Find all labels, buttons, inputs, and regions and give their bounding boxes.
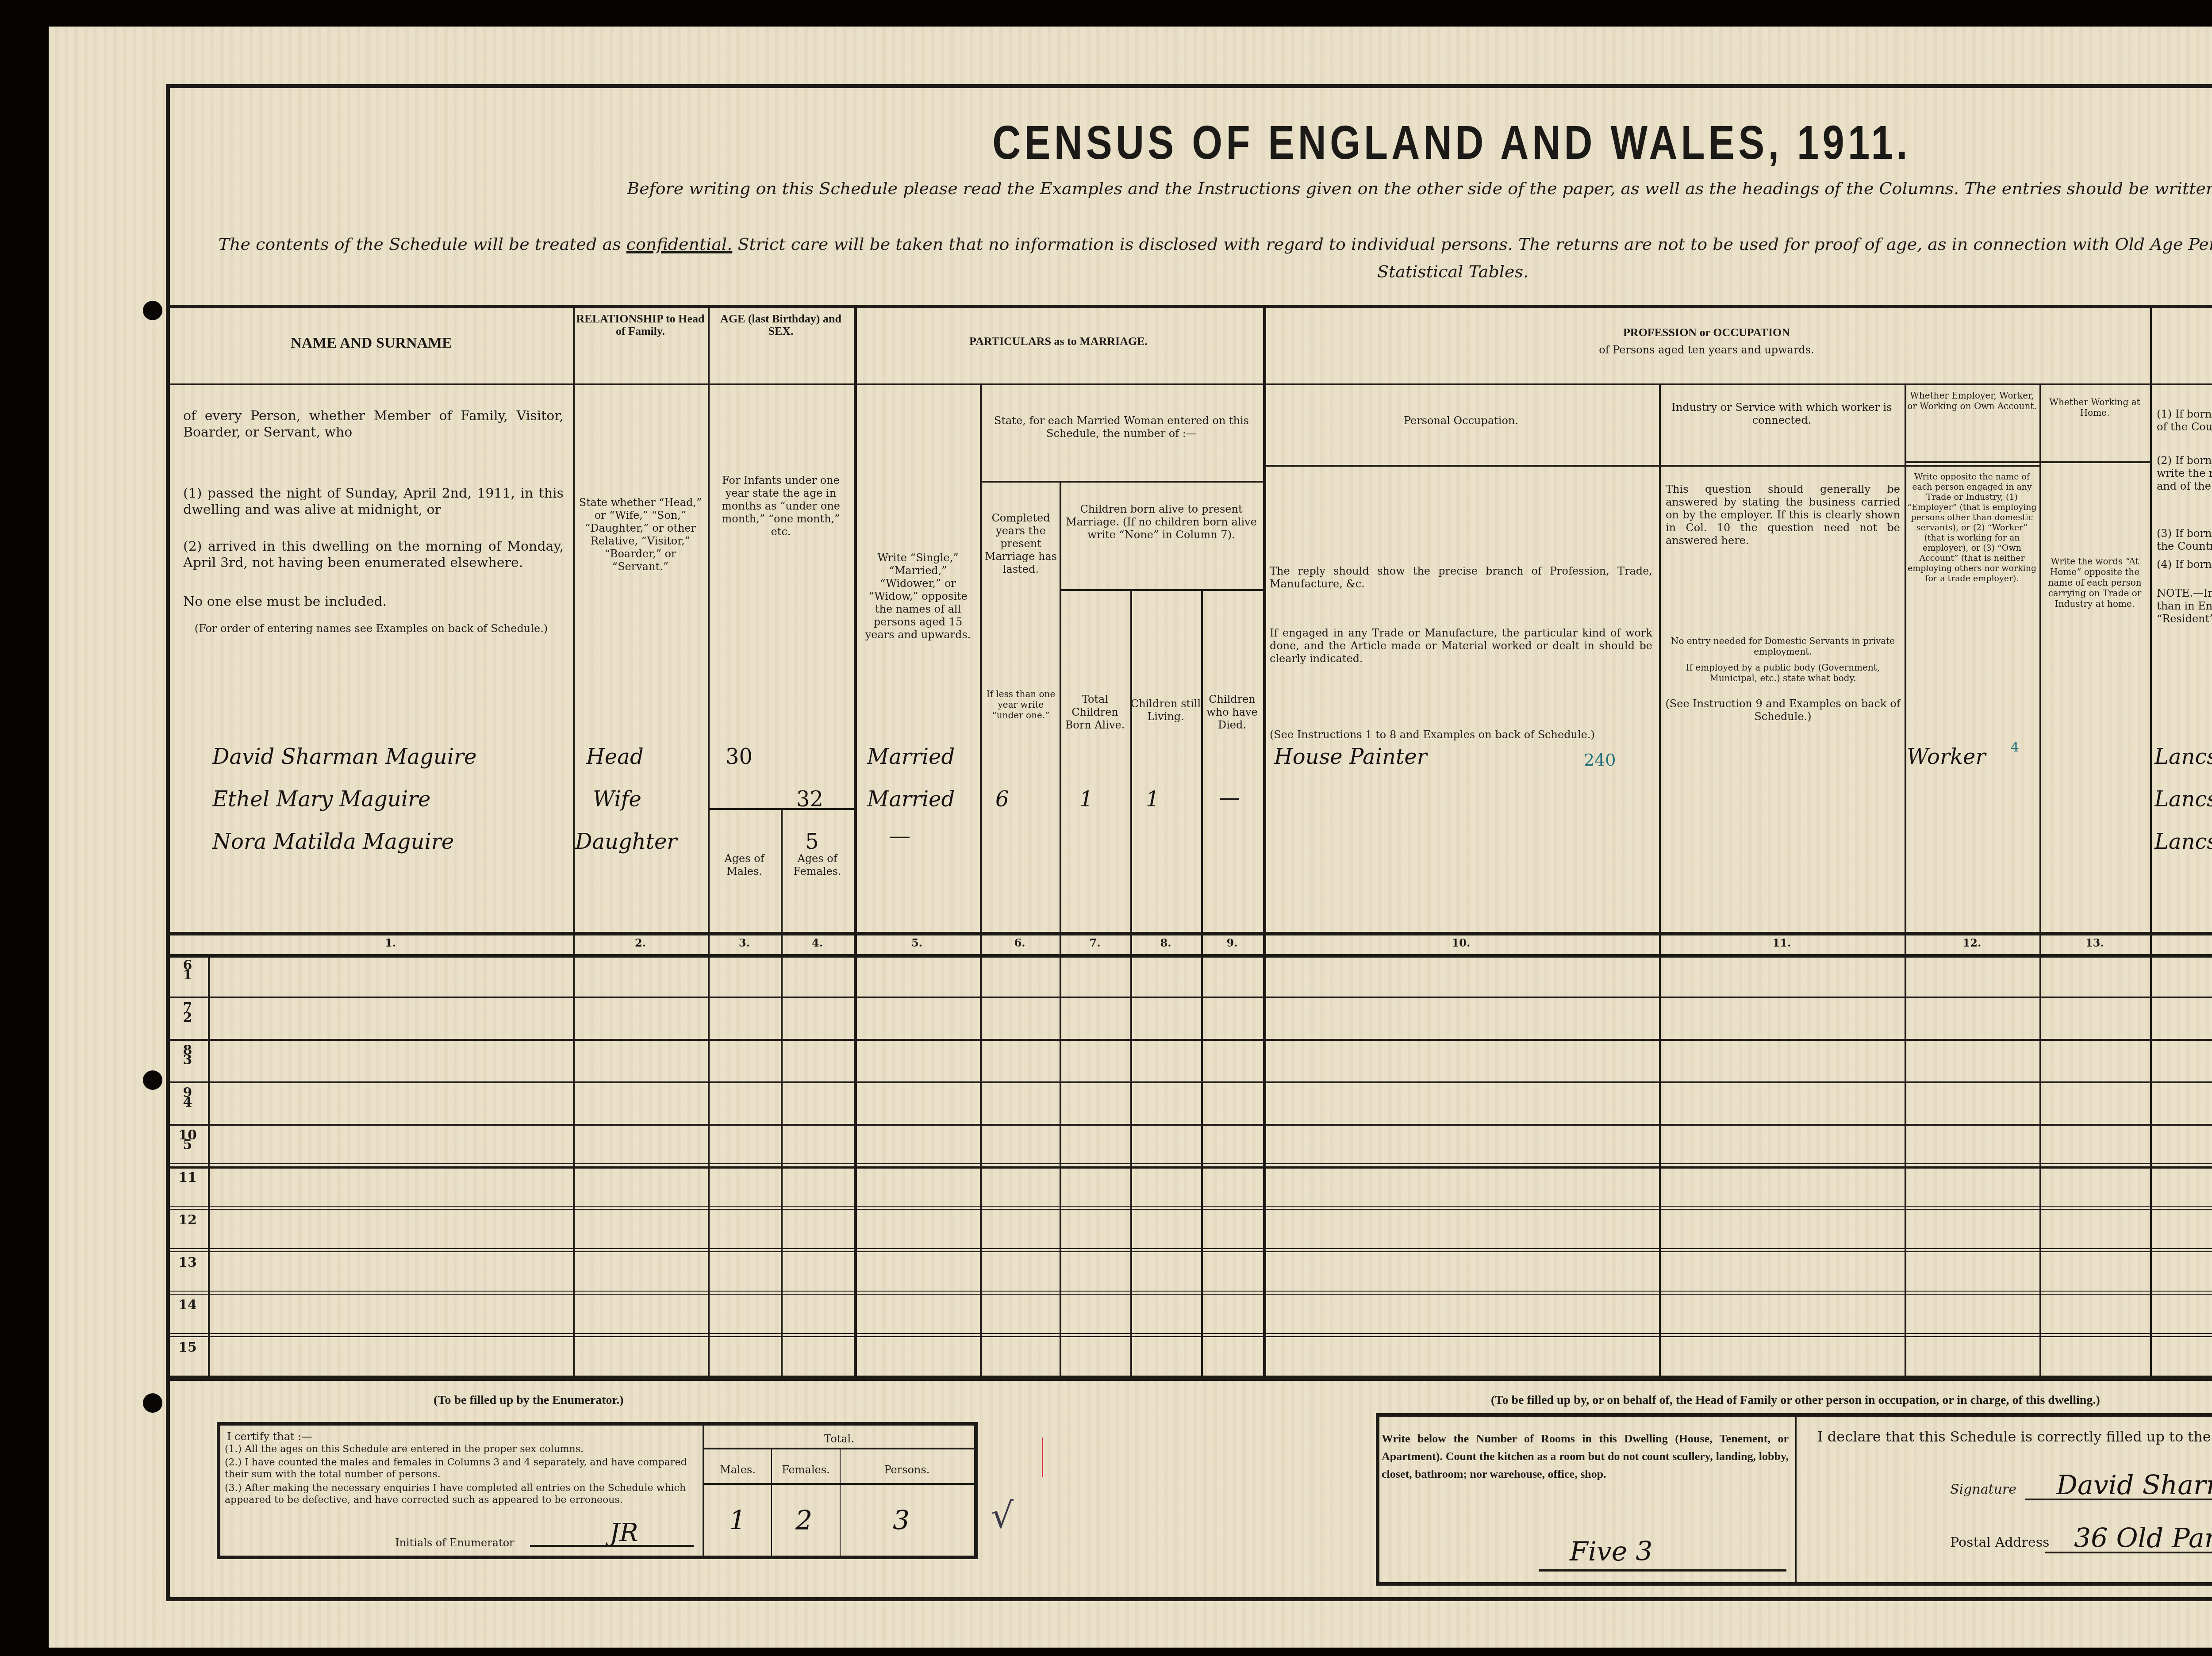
certify-heading: I certify that :— [227,1430,312,1443]
header-birthplace: BIRTHPLACE [2150,324,2212,337]
header-marriage: PARTICULARS as to MARRIAGE. [854,335,1263,348]
column-number: 2. [573,936,708,949]
column-number: 12. [1905,936,2039,949]
header-still-living: Children still Living. [1130,698,1201,723]
row-rule [170,1039,2212,1041]
header-birthplace-desc: (2) If born in any other part of the Bri… [2157,454,2212,493]
row-number: 9 [170,1085,205,1100]
certify-item: (2.) I have counted the males and female… [225,1457,698,1480]
header-employer: Whether Employer, Worker, or Working on … [1905,390,2039,411]
column-number: 13. [2039,936,2150,949]
address-label: Postal Address [1950,1536,2049,1549]
header-ages-males: Ages of Males. [708,852,781,878]
column-number: 10. [1263,936,1659,949]
address-value[interactable]: 36 Old Park Lane [2074,1523,2212,1554]
signature-label: Signature [1950,1483,2016,1496]
header-relationship-desc: State whether “Head,” or “Wife,” “Son,” … [577,496,703,573]
occupation-sub-rule [1263,465,2039,467]
header-occupation-desc: The reply should show the precise branch… [1270,565,1652,590]
column-number: 4. [781,936,854,949]
total-males[interactable]: 1 [729,1505,746,1536]
row-number: 8 [170,1043,205,1058]
header-occupation-desc: (See Instructions 1 to 8 and Examples on… [1270,728,1652,741]
head-of-family-box: Write below the Number of Rooms in this … [1376,1413,2212,1586]
occupation-code: 240 [1584,750,1616,770]
header-personal-occupation: Personal Occupation. [1263,414,1659,427]
total-females[interactable]: 2 [795,1505,812,1536]
header-name-desc: (1) passed the night of Sunday, April 2n… [183,485,564,518]
header-at-home: Whether Working at Home. [2039,397,2150,418]
header-children: Children born alive to present Marriage.… [1064,503,1259,541]
females-label: Females. [772,1463,840,1476]
cell-age-male[interactable]: 30 [726,744,753,769]
header-occupation: PROFESSION or OCCUPATION [1263,326,2150,339]
cell-marital[interactable]: Married [867,787,955,812]
header-relationship: RELATIONSHIP to Head of Family. [573,313,708,337]
row-rule [170,1124,2212,1126]
confidentiality-notice: The contents of the Schedule will be tre… [196,230,2212,285]
row-rule [170,1248,2212,1249]
row-rule [170,1081,2212,1083]
header-birthplace-note: NOTE.—In the case of persons born elsewh… [2157,587,2212,625]
cell-born-alive[interactable]: 1 [1079,787,1093,812]
enumerator-box: I certify that :— (1.) All the ages on t… [217,1422,978,1559]
cell-marital[interactable]: Married [867,744,955,769]
header-employer-desc: Write opposite the name of each person e… [1907,472,2037,584]
occupation-sub-rule-2 [1905,461,2039,463]
header-industry-desc: (See Instruction 9 and Examples on back … [1663,698,1902,723]
row-number: 6 [170,958,205,973]
cell-marital[interactable]: — [889,824,910,848]
header-married-woman: State, for each Married Woman entered on… [984,414,1259,440]
initials-label: Initials of Enumerator [395,1536,515,1549]
row-rule [170,1333,2212,1334]
header-name: NAME AND SURNAME [170,335,573,351]
row-number: 15 [170,1340,205,1355]
column-number: 3. [708,936,781,949]
row-number: 12 [170,1212,205,1228]
header-industry-desc: If employed by a public body (Government… [1663,662,1902,683]
cell-birthplace[interactable]: Lancs, Crosby [2154,787,2212,812]
column-number: 9. [1201,936,1263,949]
cell-birthplace[interactable]: Lancs, Southport [2154,744,2212,769]
persons-label: Persons. [841,1463,973,1476]
row-number: 13 [170,1255,205,1270]
cell-age-female[interactable]: 5 [805,829,819,854]
header-birthplace-sub: of every person. [2150,340,2212,353]
marriage-sub-rule [980,481,1263,483]
employment-code: 4 [2011,740,2019,755]
column-number: 14. [2150,936,2212,949]
total-rule [704,1483,974,1485]
row-rule [170,1291,2212,1292]
column-number: 11. [1659,936,1905,949]
total-rule [704,1448,974,1449]
header-at-home-desc: Write the words “At Home” opposite the n… [2042,556,2148,609]
rows-6-15 [170,1163,2212,1376]
row-number: 7 [170,1000,205,1016]
header-birthplace-desc: (1) If born in the United Kingdom, write… [2157,408,2212,433]
header-born-alive: Total Children Born Alive. [1060,693,1130,732]
cell-relationship[interactable]: Head [586,744,644,769]
rooms-value[interactable]: Five 3 [1570,1536,1652,1567]
header-occupation-desc: If engaged in any Trade or Manufacture, … [1270,627,1652,665]
row-number: 11 [170,1170,205,1185]
punch-hole [143,1070,162,1090]
confidential-word: confidential. [626,234,733,254]
header-industry-desc: No entry needed for Domestic Servants in… [1663,636,1902,657]
punch-hole [143,1393,162,1413]
cell-age-female[interactable]: 32 [796,787,823,812]
column-number: 8. [1130,936,1201,949]
row-number: 10 [170,1127,205,1143]
header-birthplace-desc: (4) If born at sea, write “At Sea.” [2157,558,2212,571]
row-rule [170,1206,2212,1207]
cell-birthplace[interactable]: Lancs, Southport [2154,829,2212,854]
rooms-line [1539,1569,1786,1572]
head-of-family-label: (To be filled up by, or on behalf of, th… [1491,1393,2100,1407]
header-years-married-note: If less than one year write “under one.” [984,689,1057,721]
section-divider [1795,1417,1797,1583]
certify-item: (3.) After making the necessary enquirie… [225,1482,698,1506]
red-mark [1042,1437,1043,1477]
header-birthplace-desc: (3) If born in a Foreign Country, write … [2157,527,2212,553]
instructions-text: Before writing on this Schedule please r… [170,179,2212,198]
athome-sub-rule [2039,461,2150,463]
cell-name[interactable]: David Sharman Maguire [212,744,476,769]
row-number-column: 6 7 8 9 10 11 12 13 14 15 [170,0,210,1656]
enumerator-section-label: (To be filled up by the Enumerator.) [434,1393,624,1407]
header-industry-desc: This question should generally be answer… [1666,483,1900,547]
header-marital-desc: Write “Single,” “Married,” “Widower,” or… [858,552,978,641]
males-label: Males. [704,1463,771,1476]
cell-relationship[interactable]: Wife [593,787,641,812]
column-number: 1. [208,936,573,949]
row-rule [170,1163,2212,1164]
header-name-desc: No one else must be included. [183,594,564,610]
header-industry: Industry or Service with which worker is… [1659,401,1905,427]
total-label: Total. [704,1432,974,1445]
column-number: 5. [854,936,980,949]
row-number: 14 [170,1297,205,1313]
cell-still-living[interactable]: 1 [1146,787,1160,812]
cell-relationship[interactable]: Daughter [575,829,677,854]
header-died: Children who have Died. [1201,693,1263,732]
signature-value[interactable]: David Sharman Maguire [2056,1470,2212,1501]
header-ages-females: Ages of Females. [781,852,854,878]
header-name-desc: (2) arrived in this dwelling on the morn… [183,538,564,571]
punch-hole [143,301,162,320]
header-occupation-sub: of Persons aged ten years and upwards. [1263,344,2150,356]
page-title: CENSUS OF ENGLAND AND WALES, 1911. [401,115,2212,170]
total-persons[interactable]: 3 [893,1505,910,1536]
children-sub-rule [1060,589,1263,591]
certify-item: (1.) All the ages on this Schedule are e… [225,1443,698,1455]
cell-name[interactable]: Nora Matilda Maguire [212,829,454,854]
row-rule [170,997,2212,998]
column-number: 7. [1060,936,1130,949]
header-years-married: Completed years the present Marriage has… [984,512,1057,576]
header-age: AGE (last Birthday) and SEX. [708,313,854,337]
cell-name[interactable]: Ethel Mary Maguire [212,787,430,812]
header-age-infants: For Infants under one year state the age… [712,474,849,538]
declaration-text: I declare that this Schedule is correctl… [1817,1430,2212,1443]
header-name-desc: (For order of entering names see Example… [179,622,564,635]
column-number: 6. [980,936,1060,949]
cell-employment[interactable]: Worker [1907,744,1985,769]
cell-occupation[interactable]: House Painter [1274,744,1427,769]
rooms-instruction: Write below the Number of Rooms in this … [1382,1430,1789,1483]
enumerator-initials[interactable]: JR [610,1518,638,1547]
header-name-desc: of every Person, whether Member of Famil… [183,408,564,441]
table-bottom-rule [170,1376,2212,1379]
check-mark-icon: √ [991,1495,1014,1536]
cell-died[interactable]: — [1219,785,1240,810]
cell-years-married[interactable]: 6 [995,787,1009,812]
